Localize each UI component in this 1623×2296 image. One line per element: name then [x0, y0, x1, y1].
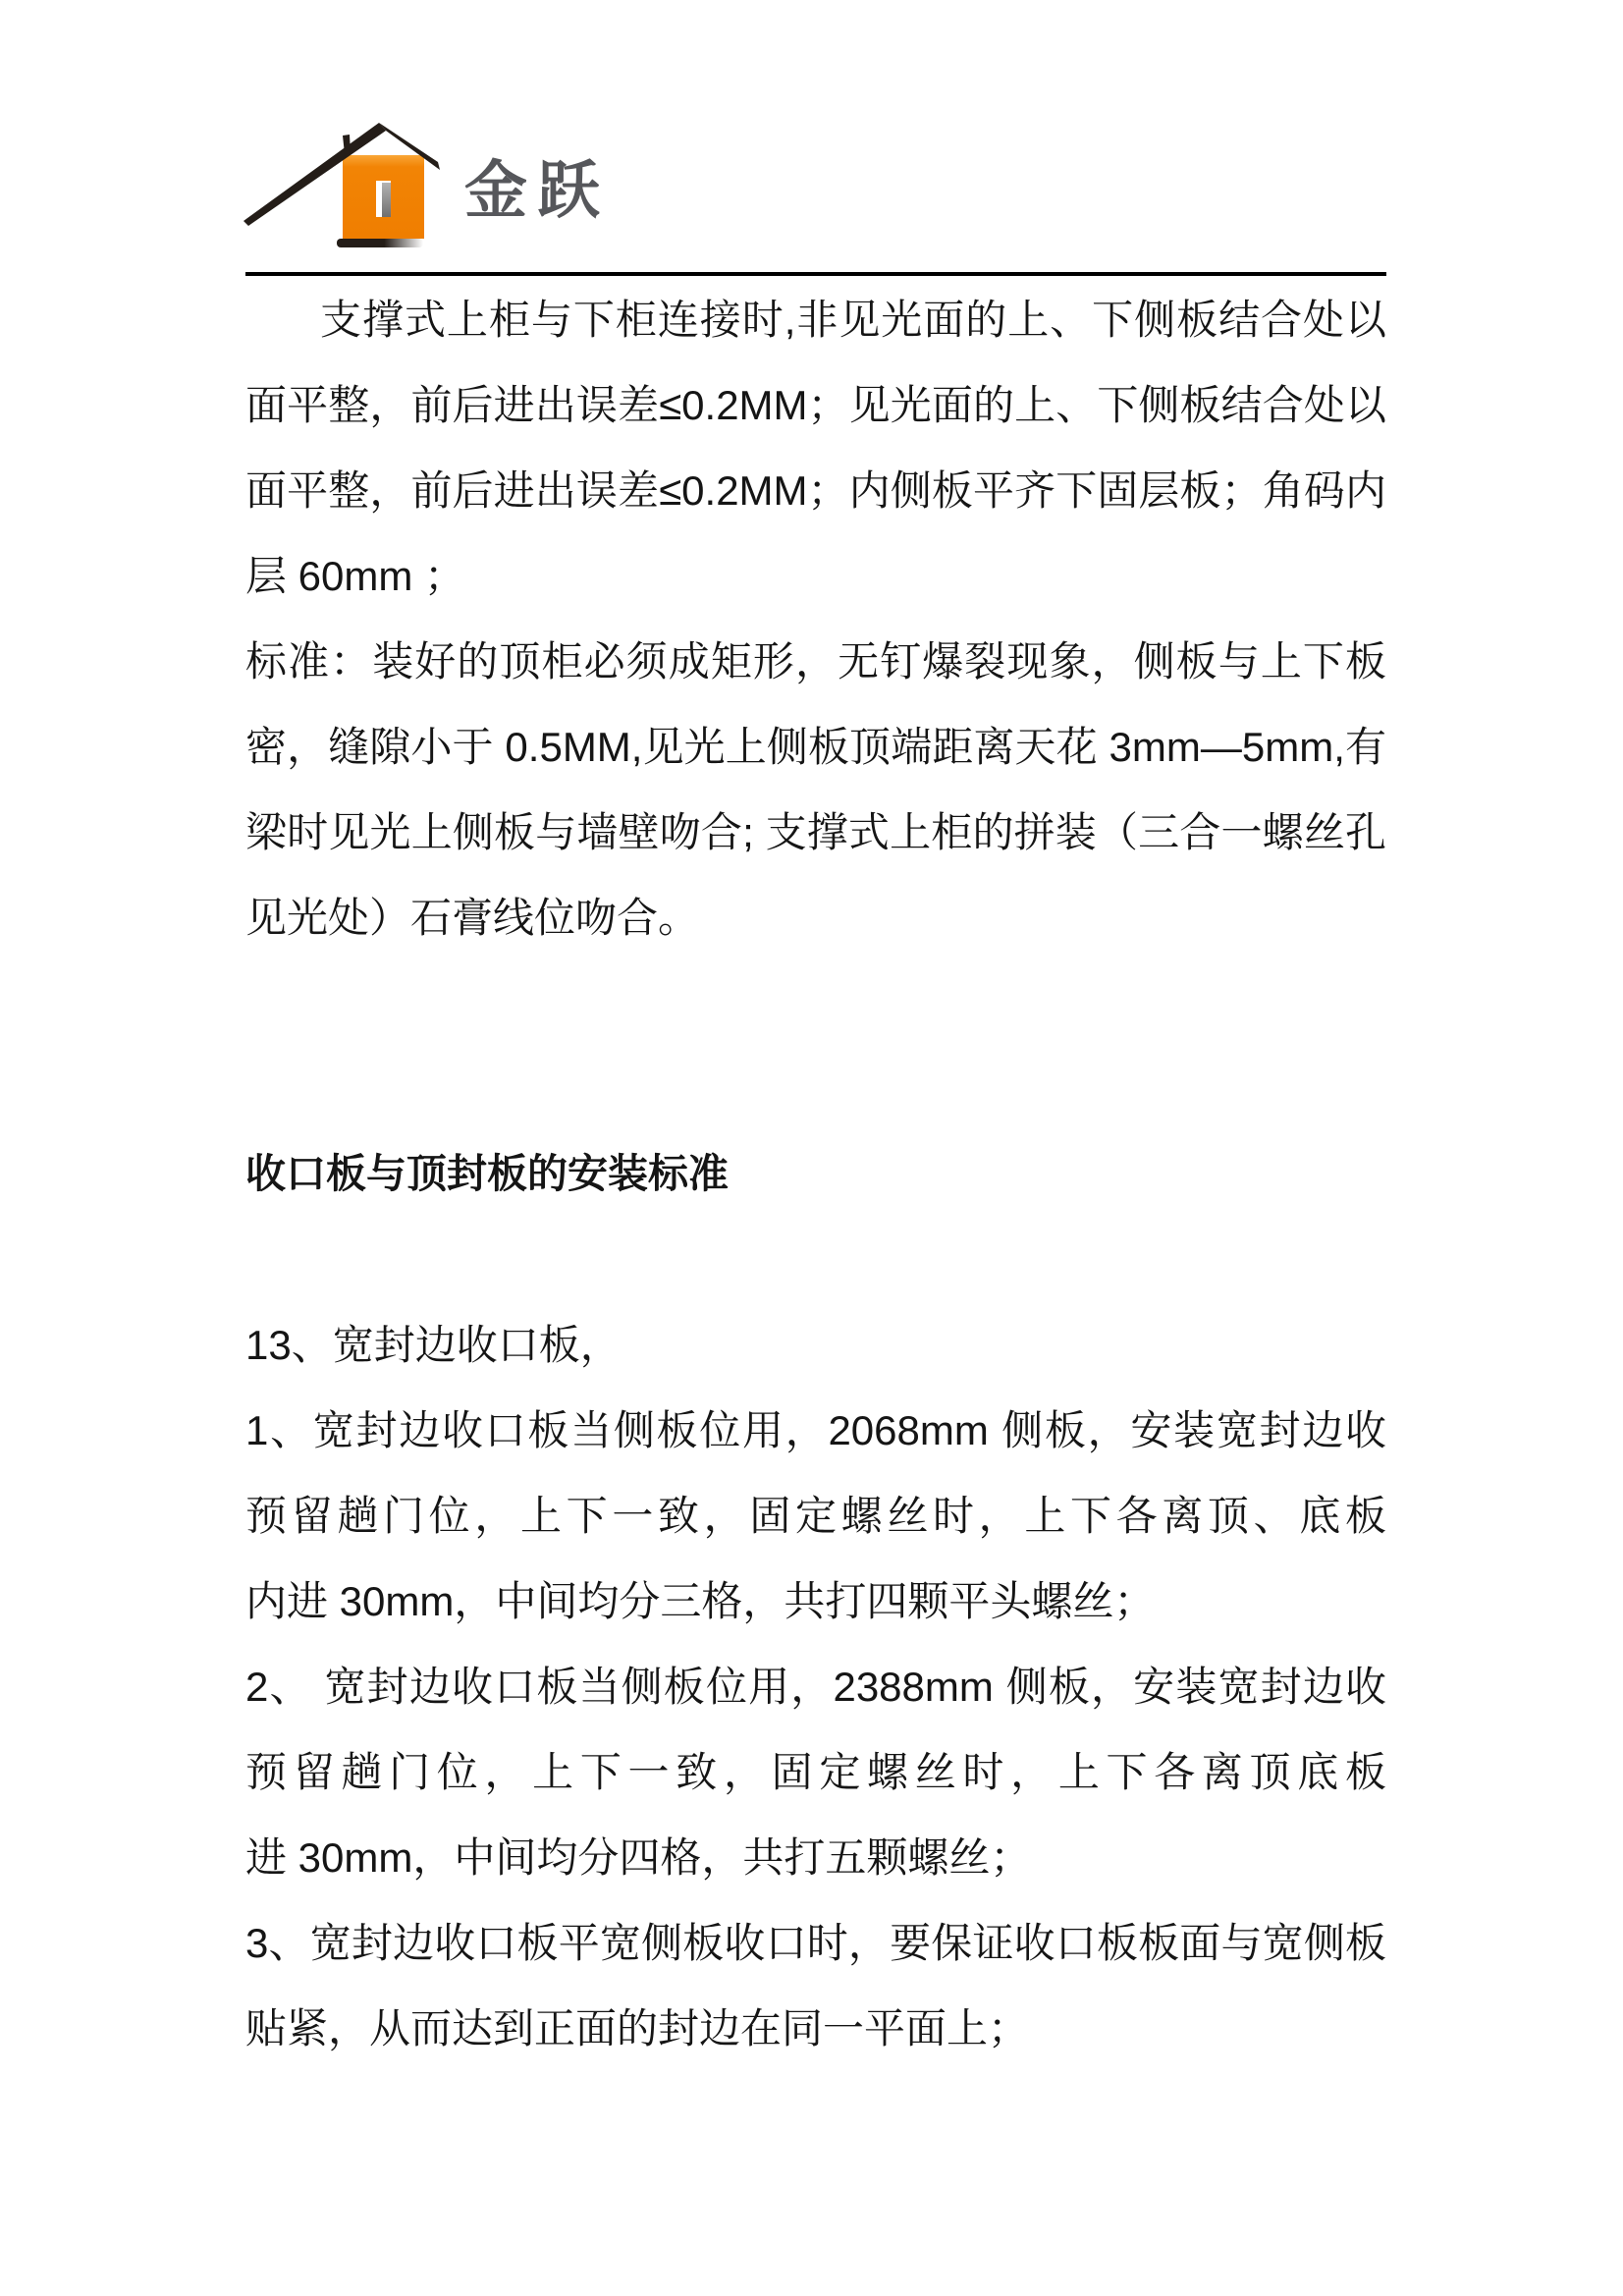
text-line: 进 30mm，中间均分四格，共打五颗螺丝； [245, 1815, 1386, 1900]
text-line: 13、宽封边收口板， [245, 1302, 1386, 1388]
blank-line [245, 1217, 1386, 1302]
text-line: 支撑式上柜与下柜连接时,非见光面的上、下侧板结合处以柜内 [245, 277, 1386, 362]
house-logo-icon [236, 116, 452, 258]
text-line: 预留趟门位，上下一致，固定螺丝时，上下各离顶、底板 50mm， [245, 1473, 1386, 1558]
header-divider [245, 272, 1386, 276]
text-line: 2、 宽封边收口板当侧板位用，2388mm 侧板，安装宽封边收口板， [245, 1644, 1386, 1729]
text-line: 3、宽封边收口板平宽侧板收口时，要保证收口板板面与宽侧板板面 [245, 1900, 1386, 1986]
text-line: 层 60mm ； [245, 533, 1386, 619]
text-line: 内进 30mm，中间均分三格，共打四颗平头螺丝； [245, 1558, 1386, 1644]
text-line: 预留趟门位，上下一致，固定螺丝时，上下各离顶底板 50mm，内 [245, 1729, 1386, 1815]
document-body: 支撑式上柜与下柜连接时,非见光面的上、下侧板结合处以柜内面平整，前后进出误差≤0… [245, 277, 1386, 2071]
ground-shadow [337, 239, 423, 247]
blank-line [245, 960, 1386, 1046]
text-line: 标准：装好的顶柜必须成矩形，无钉爆裂现象，侧板与上下板连接紧 [245, 619, 1386, 704]
document-page: 金跃 支撑式上柜与下柜连接时,非见光面的上、下侧板结合处以柜内面平整，前后进出误… [0, 0, 1623, 2296]
text-line: 梁时见光上侧板与墙壁吻合; 支撑式上柜的拼装（三合一螺丝孔朝不 [245, 790, 1386, 875]
text-line: 密，缝隙小于 0.5MM,见光上侧板顶端距离天花 3mm—5mm,有后 [245, 704, 1386, 790]
text-line: 1、宽封边收口板当侧板位用，2068mm 侧板，安装宽封边收口板， [245, 1388, 1386, 1473]
section-heading: 收口板与顶封板的安装标准 [245, 1131, 1386, 1217]
text-line: 见光处）石膏线位吻合。 [245, 875, 1386, 960]
text-line: 贴紧，从而达到正面的封边在同一平面上； [245, 1986, 1386, 2071]
text-line: 面平整，前后进出误差≤0.2MM；内侧板平齐下固层板；角码内进固 [245, 448, 1386, 533]
blank-line [245, 1046, 1386, 1131]
door-shadow [382, 183, 391, 217]
brand-logo: 金跃 [236, 116, 648, 263]
text-line: 面平整，前后进出误差≤0.2MM；见光面的上、下侧板结合处以见光 [245, 362, 1386, 448]
brand-logotype: 金跃 [464, 157, 610, 224]
